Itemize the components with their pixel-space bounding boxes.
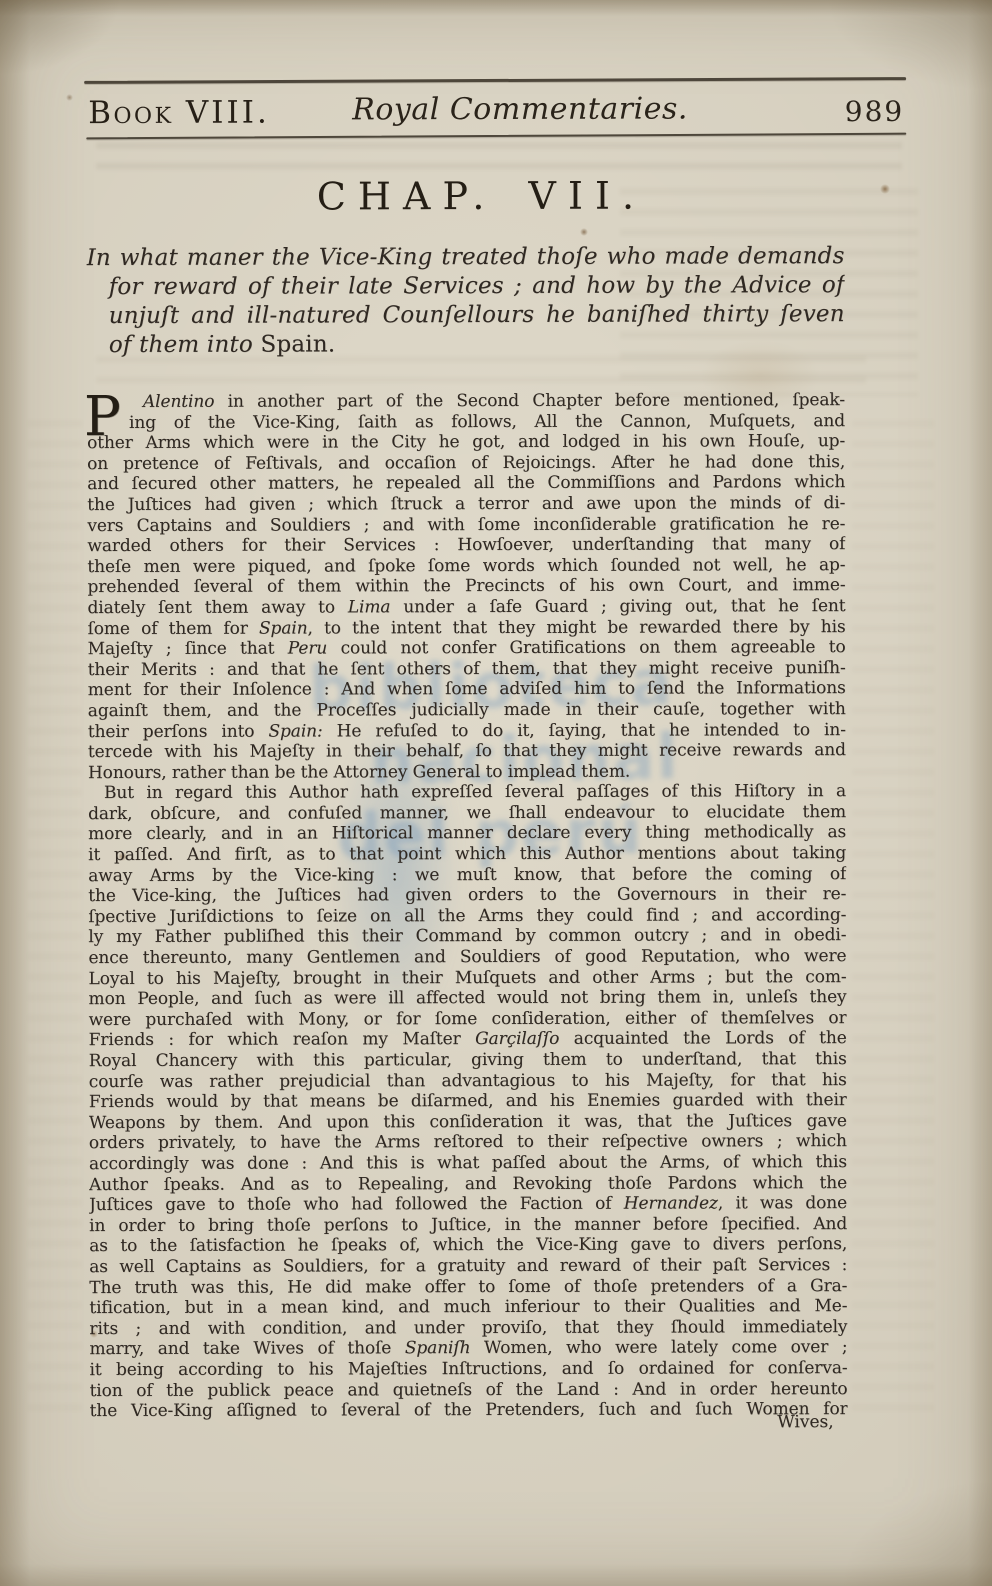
text-line: their perſons into Spain: He refuſed to … (88, 720, 846, 743)
drop-cap: P (84, 393, 121, 439)
text-line: of them into Spain. (87, 329, 845, 360)
text-segment: , to the intent that they might be rewar… (308, 617, 846, 638)
text-segment: ing of the Vice-King, ſaith as follows, … (129, 411, 845, 433)
text-line: other Arms which were in the City he got… (87, 431, 845, 454)
text-segment: for reward of their late Services ; and … (109, 272, 845, 300)
text-segment: tion of the publick peace and quietneſs … (90, 1379, 848, 1401)
text-segment: tification, but in a mean kind, and much… (89, 1296, 847, 1318)
text-segment: Weapons by them. And upon this conſidera… (89, 1111, 847, 1133)
book-page: biblioteca nacional del perú Book VIII. … (0, 0, 992, 1586)
text-line: Juſtices gave to thoſe who had followed … (89, 1193, 847, 1216)
text-line: Author ſpeaks. And as to Repealing, and … (89, 1173, 847, 1196)
text-line: tion of the publick peace and quietneſs … (90, 1379, 848, 1402)
text-segment: theſe men were piqued, and ſpoke ſome wo… (87, 555, 845, 577)
text-line: theſe men were piqued, and ſpoke ſome wo… (87, 555, 845, 578)
text-line: courſe was rather prejudicial than advan… (89, 1070, 847, 1093)
text-line: dark, obſcure, and confuſed manner, we ſ… (88, 802, 846, 825)
text-line: orders privately, to have the Arms reſto… (89, 1131, 847, 1154)
text-segment: Honours, rather than be the Attorney Gen… (88, 761, 630, 782)
text-line: rits ; and with condition, and under pro… (89, 1317, 847, 1340)
text-segment: Hernandez (624, 1194, 718, 1214)
text-line: The truth was this, He did make offer to… (89, 1276, 847, 1299)
text-segment: it paſſed. And firſt, as to that point w… (88, 843, 846, 865)
text-segment: courſe was rather prejudicial than advan… (89, 1070, 847, 1092)
text-segment: accordingly was done : And this is what … (89, 1152, 847, 1174)
text-line: ment for their Inſolence : And when ſome… (88, 678, 846, 701)
text-segment: acquainted the Lords of the (559, 1028, 846, 1049)
book-word: Book (88, 95, 173, 131)
text-line: Alentino in another part of the Second C… (87, 390, 845, 413)
text-segment: ſome of them for (88, 618, 259, 638)
text-line: as well Captains as Souldiers, for a gra… (89, 1255, 847, 1278)
text-line: Majeſty ; ſince that Peru could not conf… (88, 637, 846, 660)
text-segment: unjuſt and ill-natured Counſellours he b… (109, 301, 845, 329)
text-line: accordingly was done : And this is what … (89, 1152, 847, 1175)
text-line: it paſſed. And firſt, as to that point w… (88, 843, 846, 866)
text-segment: other Arms which were in the City he got… (87, 431, 845, 453)
text-segment: Spaniſh (405, 1338, 471, 1358)
text-line: Honours, rather than be the Attorney Gen… (88, 761, 846, 784)
text-line: the Juſtices had given ; which ſtruck a … (87, 493, 845, 516)
text-segment: orders privately, to have the Arms reſto… (89, 1131, 847, 1153)
running-header: Book VIII. Royal Commentaries. 989 (86, 89, 906, 133)
text-segment: Majeſty ; ſince that (88, 639, 288, 660)
text-segment: Peru (288, 639, 327, 659)
text-segment: and ſecured other matters, he repealed a… (87, 472, 845, 494)
text-line: it being according to his Majeſties Inſt… (89, 1358, 847, 1381)
text-segment: , it was done (718, 1193, 847, 1213)
text-segment: ment for their Inſolence : And when ſome… (88, 678, 846, 700)
text-segment: Author ſpeaks. And as to Repealing, and … (89, 1173, 847, 1195)
header-rule-top (84, 77, 906, 84)
text-segment: it being according to his Majeſties Inſt… (89, 1358, 847, 1380)
text-segment: Friends would by that means be diſarmed,… (89, 1090, 847, 1112)
catchword: Wives, (90, 1412, 848, 1435)
text-segment: Lima (348, 597, 391, 617)
text-segment: In what maner the Vice-King treated thoſ… (87, 243, 845, 271)
book-label: Book VIII. (88, 95, 270, 131)
text-line: warded others for their Services : Howſo… (87, 534, 845, 557)
text-segment: Juſtices gave to thoſe who had followed … (89, 1194, 624, 1215)
text-line: as to the ſatisfaction he ſpeaks of, whi… (89, 1234, 847, 1257)
text-line: in order to bring thoſe perſons to Juſti… (89, 1214, 847, 1237)
body-lines: Alentino in another part of the Second C… (87, 390, 848, 1422)
text-segment: ly my Father publiſhed this their Comman… (88, 926, 846, 948)
text-segment: Spain (259, 618, 308, 638)
text-line: mon People, and ſuch as were ill affecte… (89, 987, 847, 1010)
text-segment: more clearly, and in an Hiſtorical manne… (88, 823, 846, 845)
header-rule-bottom (86, 133, 906, 140)
text-segment: on pretence of Feſtivals, and occaſion o… (87, 452, 845, 474)
text-line: were purchaſed with Mony, or for ſome co… (89, 1008, 847, 1031)
text-segment: marry, and take Wives of thoſe (89, 1339, 404, 1360)
text-segment: in order to bring thoſe perſons to Juſti… (89, 1214, 847, 1236)
text-line: ing of the Vice-King, ſaith as follows, … (87, 411, 845, 434)
text-segment: rits ; and with condition, and under pro… (89, 1317, 847, 1339)
text-line: their Merits : and that he ſent others o… (88, 658, 846, 681)
text-segment: warded others for their Services : Howſo… (87, 534, 845, 556)
text-line: Friends would by that means be diſarmed,… (89, 1090, 847, 1113)
text-segment: could not confer Gratifications on them … (327, 637, 845, 658)
text-segment: Friends : for which reaſon my Maſter (89, 1029, 476, 1050)
text-line: ly my Father publiſhed this their Comman… (88, 926, 846, 949)
text-segment: in another part of the Second Chapter be… (214, 390, 845, 412)
text-segment: Alentino (143, 392, 214, 412)
text-line: the Vice-king, the Juſtices had given or… (88, 884, 846, 907)
text-segment: their perſons into (88, 721, 269, 741)
text-segment: ſpective Juriſdictions to ſeize on all t… (88, 905, 846, 927)
text-line: But in regard this Author hath expreſſed… (88, 781, 846, 804)
text-line: vers Captains and Souldiers ; and with ſ… (87, 514, 845, 537)
text-line: againſt them, and the Proceſſes judicial… (88, 699, 846, 722)
body-text: P Alentino in another part of the Second… (87, 390, 848, 1422)
text-segment: as well Captains as Souldiers, for a gra… (89, 1255, 847, 1277)
book-numeral: VIII. (186, 95, 270, 131)
text-segment: Garçilaſſo (475, 1029, 559, 1049)
text-segment: under a ſafe Guard ; giving out, that he… (390, 596, 845, 617)
text-segment: the Vice-king, the Juſtices had given or… (88, 884, 846, 906)
text-segment: Spain. (260, 331, 335, 357)
text-segment: vers Captains and Souldiers ; and with ſ… (87, 514, 845, 536)
text-segment: prehended ſeveral of them within the Pre… (87, 575, 845, 597)
text-segment: Loyal to his Majeſty, brought in their M… (88, 967, 846, 989)
page-number: 989 (845, 95, 905, 128)
text-line: ſpective Juriſdictions to ſeize on all t… (88, 905, 846, 928)
running-title: Royal Commentaries. (352, 91, 688, 127)
text-line: prehended ſeveral of them within the Pre… (87, 575, 845, 598)
text-line: ence thereunto, many Gentlemen and Sould… (88, 946, 846, 969)
text-segment: Women, who were lately come over ; (470, 1337, 847, 1358)
text-segment: of them into (109, 332, 261, 358)
chapter-argument: In what maner the Vice-King treated thoſ… (87, 242, 845, 360)
text-line: and ſecured other matters, he repealed a… (87, 472, 845, 495)
chapter-heading: CHAP. VII. (0, 173, 964, 220)
text-line: tercede with his Majeſty in their behalf… (88, 740, 846, 763)
text-segment: diately ſent them away to (87, 597, 347, 618)
text-segment: tercede with his Majeſty in their behalf… (88, 740, 846, 762)
text-segment: dark, obſcure, and confuſed manner, we ſ… (88, 802, 846, 824)
text-line: In what maner the Vice-King treated thoſ… (87, 242, 845, 273)
text-segment: the Juſtices had given ; which ſtruck a … (87, 493, 845, 515)
printed-sheet: Book VIII. Royal Commentaries. 989 CHAP.… (0, 0, 992, 1586)
text-line: Friends : for which reaſon my Maſter Gar… (89, 1028, 847, 1051)
text-line: Royal Chancery with this particular, giv… (89, 1049, 847, 1072)
text-line: ſome of them for Spain, to the intent th… (88, 617, 846, 640)
text-segment: their Merits : and that he ſent others o… (88, 658, 846, 680)
text-segment: The truth was this, He did make offer to… (89, 1276, 847, 1298)
text-segment: were purchaſed with Mony, or for ſome co… (89, 1008, 847, 1030)
text-segment: ence thereunto, many Gentlemen and Sould… (88, 946, 846, 968)
text-line: tification, but in a mean kind, and much… (89, 1296, 847, 1319)
text-line: more clearly, and in an Hiſtorical manne… (88, 823, 846, 846)
text-line: diately ſent them away to Lima under a ſ… (87, 596, 845, 619)
text-segment: as to the ſatisfaction he ſpeaks of, whi… (89, 1234, 847, 1256)
text-segment: away Arms by the Vice-king : we muſt kno… (88, 864, 846, 886)
text-line: Loyal to his Majeſty, brought in their M… (88, 967, 846, 990)
text-segment: He refuſed to do it, ſaying, that he int… (323, 720, 846, 741)
text-segment: But in regard this Author hath expreſſed… (104, 781, 846, 803)
text-line: for reward of their late Services ; and … (87, 271, 845, 302)
text-line: on pretence of Feſtivals, and occaſion o… (87, 452, 845, 475)
text-line: Weapons by them. And upon this conſidera… (89, 1111, 847, 1134)
text-segment: Royal Chancery with this particular, giv… (89, 1049, 847, 1071)
text-segment: mon People, and ſuch as were ill affecte… (89, 987, 847, 1009)
text-line: away Arms by the Vice-king : we muſt kno… (88, 864, 846, 887)
text-line: unjuſt and ill-natured Counſellours he b… (87, 300, 845, 331)
text-segment: Spain: (268, 721, 322, 741)
text-line: marry, and take Wives of thoſe Spaniſh W… (89, 1337, 847, 1360)
text-segment: againſt them, and the Proceſſes judicial… (88, 699, 846, 721)
